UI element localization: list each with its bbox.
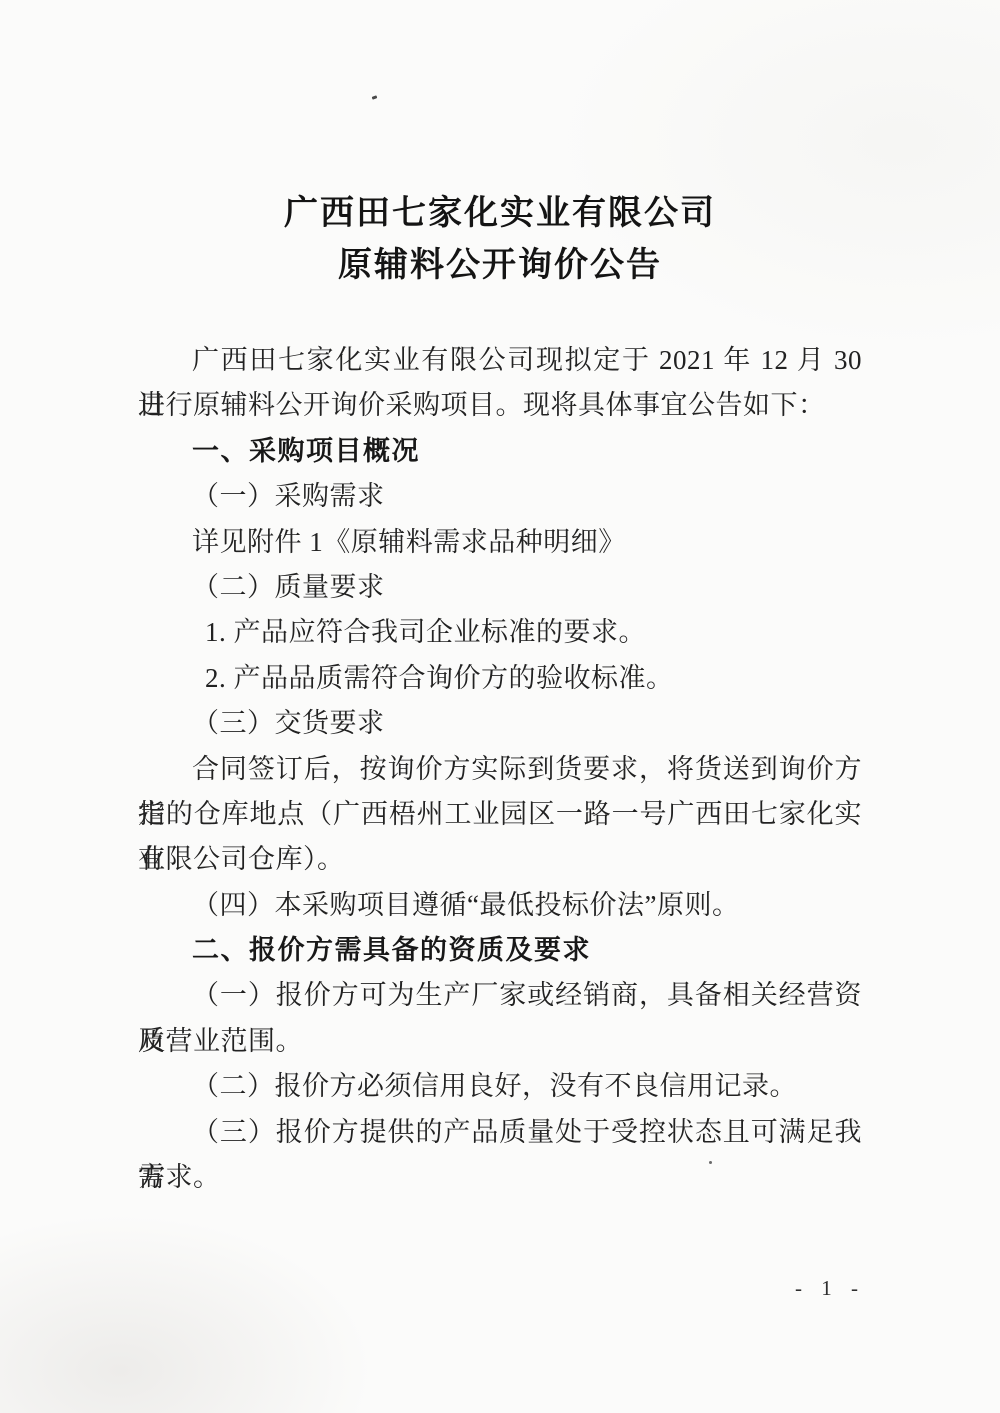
body-line: 有限公司仓库）。 xyxy=(138,837,862,882)
scanned-document-page: 广西田七家化实业有限公司 原辅料公开询价公告 广西田七家化实业有限公司现拟定于 … xyxy=(0,0,1000,1413)
document-title: 广西田七家化实业有限公司 原辅料公开询价公告 xyxy=(0,188,1000,292)
body-line: （四）本采购项目遵循“最低投标价法”原则。 xyxy=(138,883,862,928)
body-line: 定的仓库地点（广西梧州工业园区一路一号广西田七家化实业 xyxy=(138,792,862,837)
section-heading-1: 一、采购项目概况 xyxy=(138,429,862,474)
body-line: （一）报价方可为生产厂家或经销商，具备相关经营资质 xyxy=(138,973,862,1018)
document-body: 广西田七家化实业有限公司现拟定于 2021 年 12 月 30 日 进行原辅料公… xyxy=(138,338,862,1200)
scan-speck xyxy=(709,1161,712,1164)
page-number: - 1 - xyxy=(788,1276,872,1301)
document-title-line2: 原辅料公开询价公告 xyxy=(0,240,1000,292)
body-line: 广西田七家化实业有限公司现拟定于 2021 年 12 月 30 日 xyxy=(138,338,862,383)
body-line: 进行原辅料公开询价采购项目。现将具体事宜公告如下： xyxy=(138,383,862,428)
body-line: 1. 产品应符合我司企业标准的要求。 xyxy=(138,610,862,655)
document-title-line1: 广西田七家化实业有限公司 xyxy=(0,188,1000,240)
body-line: 需求。 xyxy=(138,1155,862,1200)
body-line: （二）报价方必须信用良好，没有不良信用记录。 xyxy=(138,1064,862,1109)
scan-speck xyxy=(372,95,378,100)
body-line: 及营业范围。 xyxy=(138,1019,862,1064)
body-line: （一）采购需求 xyxy=(138,474,862,519)
body-line: （三）报价方提供的产品质量处于受控状态且可满足我方 xyxy=(138,1110,862,1155)
body-line: （三）交货要求 xyxy=(138,701,862,746)
body-line: 2. 产品品质需符合询价方的验收标准。 xyxy=(138,656,862,701)
body-line: （二）质量要求 xyxy=(138,565,862,610)
body-line: 合同签订后，按询价方实际到货要求，将货送到询价方指 xyxy=(138,747,862,792)
body-line: 详见附件 1《原辅料需求品种明细》 xyxy=(138,520,862,565)
section-heading-2: 二、报价方需具备的资质及要求 xyxy=(138,928,862,973)
